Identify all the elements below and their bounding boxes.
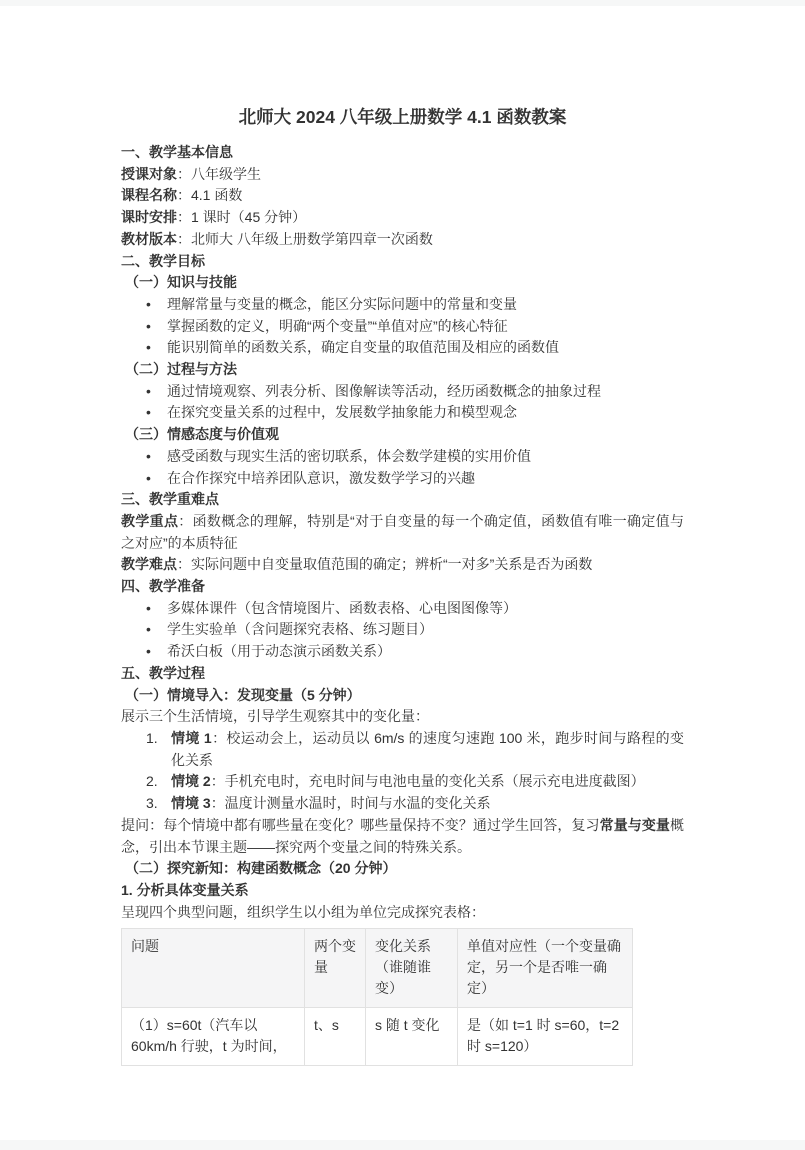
subsection-heading: （三）情感态度与价值观 bbox=[121, 424, 684, 446]
bullet-icon: • bbox=[146, 641, 151, 663]
table-cell: （1）s=60t（汽车以 60km/h 行驶，t 为时间， bbox=[122, 1008, 305, 1066]
bullet-item: •理解常量与变量的概念，能区分实际问题中的常量和变量 bbox=[121, 294, 684, 316]
bullet-icon: • bbox=[146, 619, 151, 641]
text-run: ：函数概念的理解，特别是“对于自变量的每一个确定值，函数值有唯一确定值与之对应”… bbox=[121, 513, 684, 551]
text-run: 能识别简单的函数关系，确定自变量的取值范围及相应的函数值 bbox=[167, 339, 559, 355]
table-header-cell: 单值对应性（一个变量确定，另一个是否唯一确定） bbox=[458, 929, 633, 1008]
text-run: ：北师大 八年级上册数学第四章一次函数 bbox=[177, 231, 433, 247]
bullet-item: •在合作探究中培养团队意识，激发数学学习的兴趣 bbox=[121, 468, 684, 490]
bullet-item: •通过情境观察、列表分析、图像解读等活动，经历函数概念的抽象过程 bbox=[121, 381, 684, 403]
numbered-item: 2.情境 2：手机充电时，充电时间与电池电量的变化关系（展示充电进度截图） bbox=[121, 771, 684, 793]
text-run: ：4.1 函数 bbox=[177, 187, 242, 203]
bullet-icon: • bbox=[146, 294, 151, 316]
table-header-cell: 问题 bbox=[122, 929, 305, 1008]
text-run: 希沃白板（用于动态演示函数关系） bbox=[167, 643, 391, 659]
document-page: 北师大 2024 八年级上册数学 4.1 函数教案 一、教学基本信息授课对象：八… bbox=[0, 6, 805, 1140]
table-cell: 是（如 t=1 时 s=60，t=2 时 s=120） bbox=[458, 1008, 633, 1066]
page-title: 北师大 2024 八年级上册数学 4.1 函数教案 bbox=[121, 104, 684, 130]
bullet-icon: • bbox=[146, 337, 151, 359]
text-run: （三）情感态度与价值观 bbox=[125, 426, 279, 442]
text-run: 四、教学准备 bbox=[121, 578, 205, 594]
list-number: 3. bbox=[146, 793, 158, 815]
text-run: 教材版本 bbox=[121, 231, 177, 247]
paragraph: 课时安排：1 课时（45 分钟） bbox=[121, 207, 684, 229]
bullet-icon: • bbox=[146, 316, 151, 338]
subsection-heading: （二）探究新知：构建函数概念（20 分钟） bbox=[121, 858, 684, 880]
bullet-item: •在探究变量关系的过程中，发展数学抽象能力和模型观念 bbox=[121, 402, 684, 424]
paragraph: 展示三个生活情境，引导学生观察其中的变化量： bbox=[121, 706, 684, 728]
text-run: （一）情境导入：发现变量（5 分钟） bbox=[125, 687, 361, 703]
table-row: （1）s=60t（汽车以 60km/h 行驶，t 为时间，t、ss 随 t 变化… bbox=[122, 1008, 633, 1066]
bullet-icon: • bbox=[146, 381, 151, 403]
bullet-item: •能识别简单的函数关系，确定自变量的取值范围及相应的函数值 bbox=[121, 337, 684, 359]
bullet-item: •希沃白板（用于动态演示函数关系） bbox=[121, 641, 684, 663]
bullet-item: •学生实验单（含问题探究表格、练习题目） bbox=[121, 619, 684, 641]
text-run: 常量与变量 bbox=[600, 817, 670, 833]
text-run: 情境 3 bbox=[171, 795, 211, 811]
text-run: ：手机充电时，充电时间与电池电量的变化关系（展示充电进度截图） bbox=[211, 773, 645, 789]
list-number: 1. bbox=[146, 728, 158, 750]
text-run: 五、教学过程 bbox=[121, 665, 205, 681]
text-run: 三、教学重难点 bbox=[121, 491, 219, 507]
paragraph: 教材版本：北师大 八年级上册数学第四章一次函数 bbox=[121, 229, 684, 251]
text-run: 提问：每个情境中都有哪些量在变化？哪些量保持不变？通过学生回答，复习 bbox=[121, 817, 600, 833]
text-run: （二）探究新知：构建函数概念（20 分钟） bbox=[125, 860, 396, 876]
text-run: 1. 分析具体变量关系 bbox=[121, 882, 249, 898]
bullet-item: •掌握函数的定义，明确“两个变量”“单值对应”的核心特征 bbox=[121, 316, 684, 338]
bullet-item: •感受函数与现实生活的密切联系，体会数学建模的实用价值 bbox=[121, 446, 684, 468]
section-heading: 五、教学过程 bbox=[121, 663, 684, 685]
text-run: 一、教学基本信息 bbox=[121, 144, 233, 160]
paragraph: 呈现四个典型问题，组织学生以小组为单位完成探究表格： bbox=[121, 902, 684, 924]
bullet-icon: • bbox=[146, 468, 151, 490]
text-run: 情境 2 bbox=[171, 773, 211, 789]
bullet-icon: • bbox=[146, 402, 151, 424]
bullet-icon: • bbox=[146, 598, 151, 620]
subsection-heading: （一）知识与技能 bbox=[121, 272, 684, 294]
doc-content: 一、教学基本信息授课对象：八年级学生课程名称：4.1 函数课时安排：1 课时（4… bbox=[121, 142, 684, 1066]
text-run: 教学重点 bbox=[121, 513, 178, 529]
text-run: 感受函数与现实生活的密切联系，体会数学建模的实用价值 bbox=[167, 448, 531, 464]
text-run: 情境 1 bbox=[171, 730, 212, 746]
text-run: 学生实验单（含问题探究表格、练习题目） bbox=[167, 621, 433, 637]
list-number: 2. bbox=[146, 771, 158, 793]
numbered-item: 3.情境 3：温度计测量水温时，时间与水温的变化关系 bbox=[121, 793, 684, 815]
text-run: 在合作探究中培养团队意识，激发数学学习的兴趣 bbox=[167, 470, 475, 486]
paragraph: 课程名称：4.1 函数 bbox=[121, 185, 684, 207]
text-run: 呈现四个典型问题，组织学生以小组为单位完成探究表格： bbox=[121, 904, 485, 920]
text-run: （二）过程与方法 bbox=[125, 361, 237, 377]
section-heading: 一、教学基本信息 bbox=[121, 142, 684, 164]
table-cell: t、s bbox=[305, 1008, 366, 1066]
text-run: 通过情境观察、列表分析、图像解读等活动，经历函数概念的抽象过程 bbox=[167, 383, 601, 399]
bullet-icon: • bbox=[146, 446, 151, 468]
section-heading: 三、教学重难点 bbox=[121, 489, 684, 511]
text-run: 二、教学目标 bbox=[121, 253, 205, 269]
text-run: ：1 课时（45 分钟） bbox=[177, 209, 306, 225]
text-run: 授课对象 bbox=[121, 166, 177, 182]
explore-table: 问题两个变量变化关系（谁随谁变）单值对应性（一个变量确定，另一个是否唯一确定）（… bbox=[121, 928, 633, 1066]
paragraph: 教学难点：实际问题中自变量取值范围的确定；辨析“一对多”关系是否为函数 bbox=[121, 554, 684, 576]
table-header-cell: 变化关系（谁随谁变） bbox=[366, 929, 458, 1008]
paragraph: 教学重点：函数概念的理解，特别是“对于自变量的每一个确定值，函数值有唯一确定值与… bbox=[121, 511, 684, 554]
bullet-item: •多媒体课件（包含情境图片、函数表格、心电图图像等） bbox=[121, 598, 684, 620]
subsection-heading: （二）过程与方法 bbox=[121, 359, 684, 381]
text-run: 展示三个生活情境，引导学生观察其中的变化量： bbox=[121, 708, 429, 724]
text-run: 课时安排 bbox=[121, 209, 177, 225]
table-header-row: 问题两个变量变化关系（谁随谁变）单值对应性（一个变量确定，另一个是否唯一确定） bbox=[122, 929, 633, 1008]
table-cell: s 随 t 变化 bbox=[366, 1008, 458, 1066]
subsection-heading: （一）情境导入：发现变量（5 分钟） bbox=[121, 685, 684, 707]
sub-heading: 1. 分析具体变量关系 bbox=[121, 880, 684, 902]
text-run: ：八年级学生 bbox=[177, 166, 261, 182]
text-run: 课程名称 bbox=[121, 187, 177, 203]
section-heading: 四、教学准备 bbox=[121, 576, 684, 598]
numbered-item: 1.情境 1：校运动会上，运动员以 6m/s 的速度匀速跑 100 米，跑步时间… bbox=[121, 728, 684, 771]
document-viewer: 北师大 2024 八年级上册数学 4.1 函数教案 一、教学基本信息授课对象：八… bbox=[0, 0, 805, 1150]
text-run: 在探究变量关系的过程中，发展数学抽象能力和模型观念 bbox=[167, 404, 517, 420]
text-run: （一）知识与技能 bbox=[125, 274, 237, 290]
text-run: 多媒体课件（包含情境图片、函数表格、心电图图像等） bbox=[167, 600, 517, 616]
paragraph: 提问：每个情境中都有哪些量在变化？哪些量保持不变？通过学生回答，复习常量与变量概… bbox=[121, 815, 684, 858]
text-run: 教学难点 bbox=[121, 556, 177, 572]
text-run: ：校运动会上，运动员以 6m/s 的速度匀速跑 100 米，跑步时间与路程的变化… bbox=[171, 730, 684, 768]
text-run: ：温度计测量水温时，时间与水温的变化关系 bbox=[211, 795, 491, 811]
text-run: 掌握函数的定义，明确“两个变量”“单值对应”的核心特征 bbox=[167, 318, 508, 334]
paragraph: 授课对象：八年级学生 bbox=[121, 164, 684, 186]
table-header-cell: 两个变量 bbox=[305, 929, 366, 1008]
section-heading: 二、教学目标 bbox=[121, 251, 684, 273]
text-run: ：实际问题中自变量取值范围的确定；辨析“一对多”关系是否为函数 bbox=[177, 556, 592, 572]
text-run: 理解常量与变量的概念，能区分实际问题中的常量和变量 bbox=[167, 296, 517, 312]
